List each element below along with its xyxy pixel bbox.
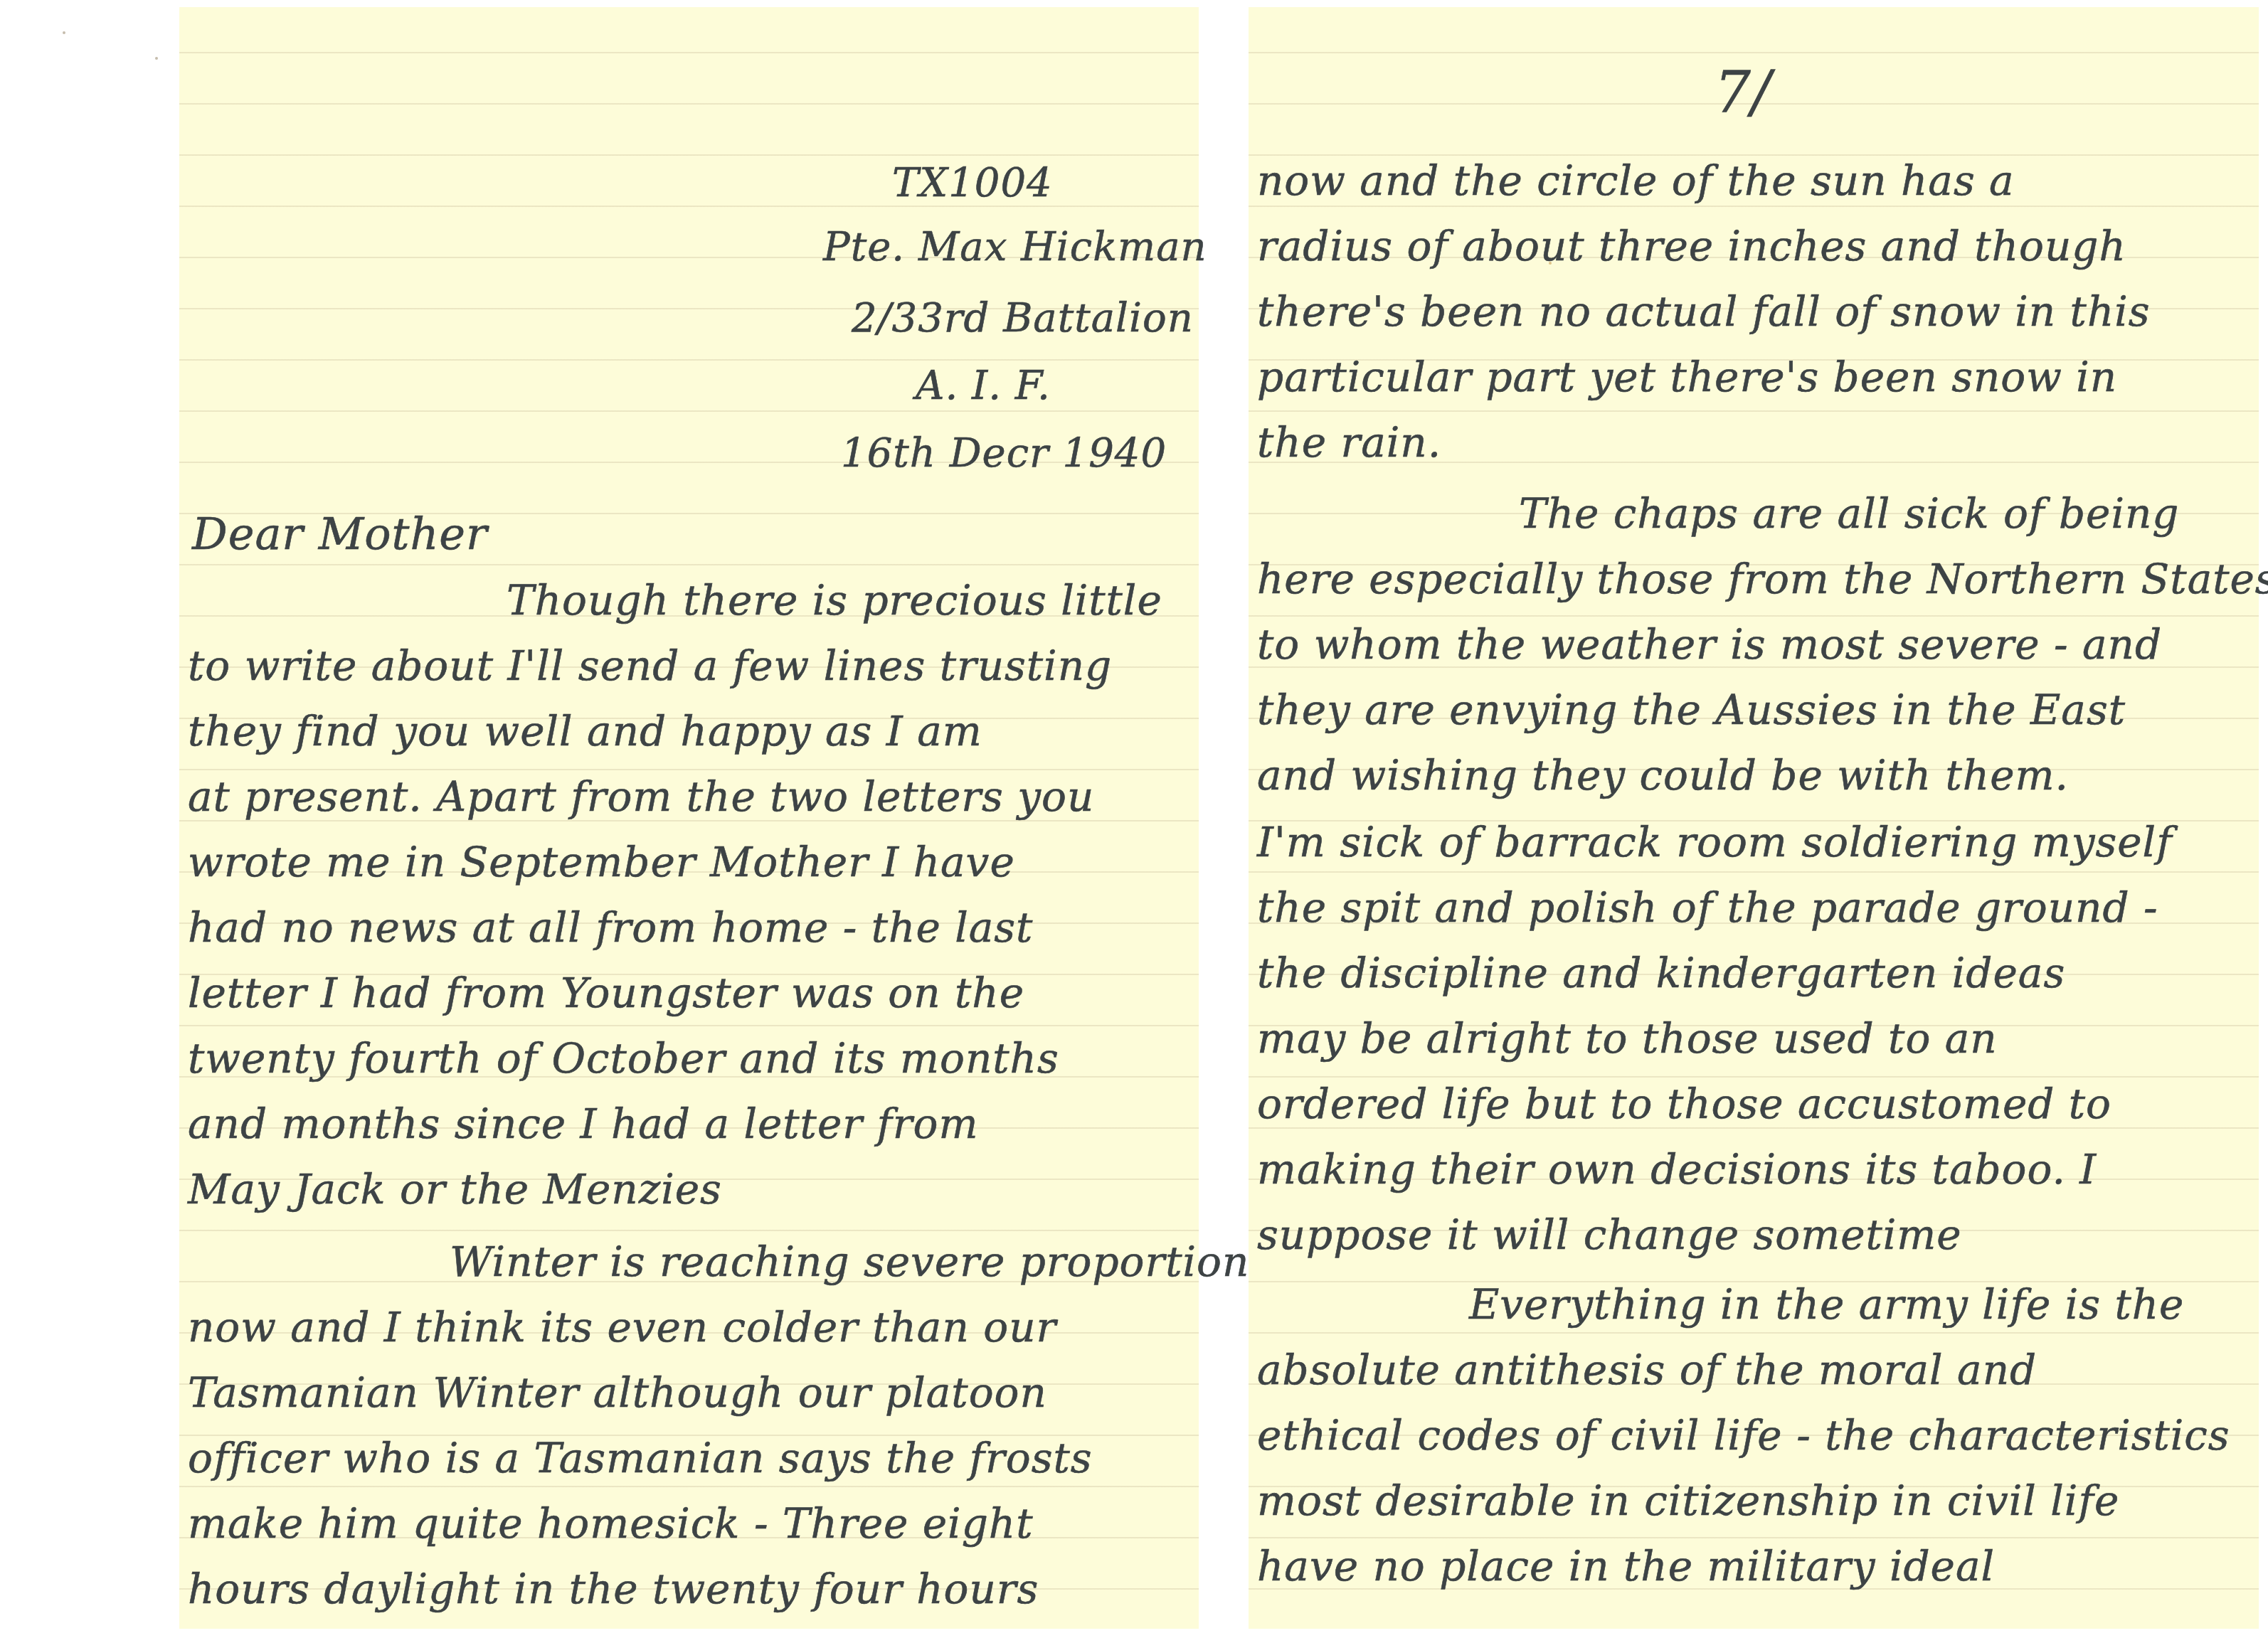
- body-line: making their own decisions its taboo. I: [1257, 1145, 2097, 1193]
- body-line: ethical codes of civil life - the charac…: [1257, 1411, 2230, 1459]
- body-line: most desirable in citizenship in civil l…: [1257, 1477, 2119, 1525]
- body-line: particular part yet there's been snow in: [1257, 353, 2117, 401]
- body-line: the spit and polish of the parade ground…: [1257, 883, 2158, 932]
- paper-speck: [1549, 262, 1552, 265]
- body-line: Winter is reaching severe proportions: [179, 1238, 1271, 1286]
- salutation: Dear Mother: [192, 512, 488, 556]
- body-line: and wishing they could be with them.: [1257, 751, 2069, 799]
- body-line: hours daylight in the twenty four hours: [188, 1565, 1039, 1613]
- body-line: the discipline and kindergarten ideas: [1257, 949, 2065, 997]
- body-line: they find you well and happy as I am: [188, 707, 982, 755]
- margin-speck: [63, 31, 65, 34]
- body-line: I'm sick of barrack room soldiering myse…: [1257, 818, 2173, 866]
- body-line: to write about I'll send a few lines tru…: [188, 642, 1112, 690]
- letter-page-left: TX1004 Pte. Max Hickman 2/33rd Battalion…: [179, 7, 1199, 1629]
- body-line: and months since I had a letter from: [188, 1100, 979, 1148]
- body-line: the rain.: [1257, 418, 1441, 467]
- body-line: ordered life but to those accustomed to: [1257, 1080, 2111, 1128]
- body-line: at present. Apart from the two letters y…: [188, 772, 1094, 821]
- body-line: here especially those from the Northern …: [1257, 555, 2268, 603]
- body-line: suppose it will change sometime: [1257, 1211, 1962, 1259]
- body-line: officer who is a Tasmanian says the fros…: [188, 1434, 1093, 1482]
- service-number: TX1004: [892, 164, 1053, 203]
- body-line: Tasmanian Winter although our platoon: [188, 1368, 1047, 1417]
- body-line: may be alright to those used to an: [1257, 1014, 1998, 1063]
- body-line: wrote me in September Mother I have: [188, 838, 1015, 886]
- body-line: Though there is precious little: [236, 576, 1162, 624]
- body-line: they are envying the Aussies in the East: [1257, 686, 2126, 734]
- page-number: 7/: [1715, 64, 1771, 121]
- sender-unit: 2/33rd Battalion: [852, 299, 1194, 339]
- body-line: now and I think its even colder than our: [188, 1303, 1056, 1351]
- margin-speck: [155, 57, 158, 60]
- body-line: there's been no actual fall of snow in t…: [1257, 287, 2151, 336]
- body-line: letter I had from Youngster was on the: [188, 969, 1024, 1017]
- body-line: to whom the weather is most severe - and: [1257, 620, 2162, 669]
- body-line: May Jack or the Menzies: [188, 1165, 722, 1213]
- body-line: have no place in the military ideal: [1257, 1542, 1995, 1590]
- body-line: now and the circle of the sun has a: [1257, 156, 2015, 205]
- sender-name: Pte. Max Hickman: [823, 228, 1207, 267]
- body-line: The chaps are all sick of being: [1249, 489, 2179, 538]
- sender-force: A. I. F.: [916, 366, 1051, 406]
- body-line: radius of about three inches and though: [1257, 222, 2126, 270]
- letter-page-right: 7/ now and the circle of the sun has a r…: [1249, 7, 2259, 1629]
- body-line: twenty fourth of October and its months: [188, 1034, 1059, 1083]
- body-line: Everything in the army life is the: [1249, 1280, 2184, 1329]
- body-line: make him quite homesick - Three eight: [188, 1499, 1033, 1548]
- body-line: had no news at all from home - the last: [188, 903, 1033, 952]
- body-line: absolute antithesis of the moral and: [1257, 1346, 2037, 1394]
- letter-date: 16th Decr 1940: [841, 434, 1167, 474]
